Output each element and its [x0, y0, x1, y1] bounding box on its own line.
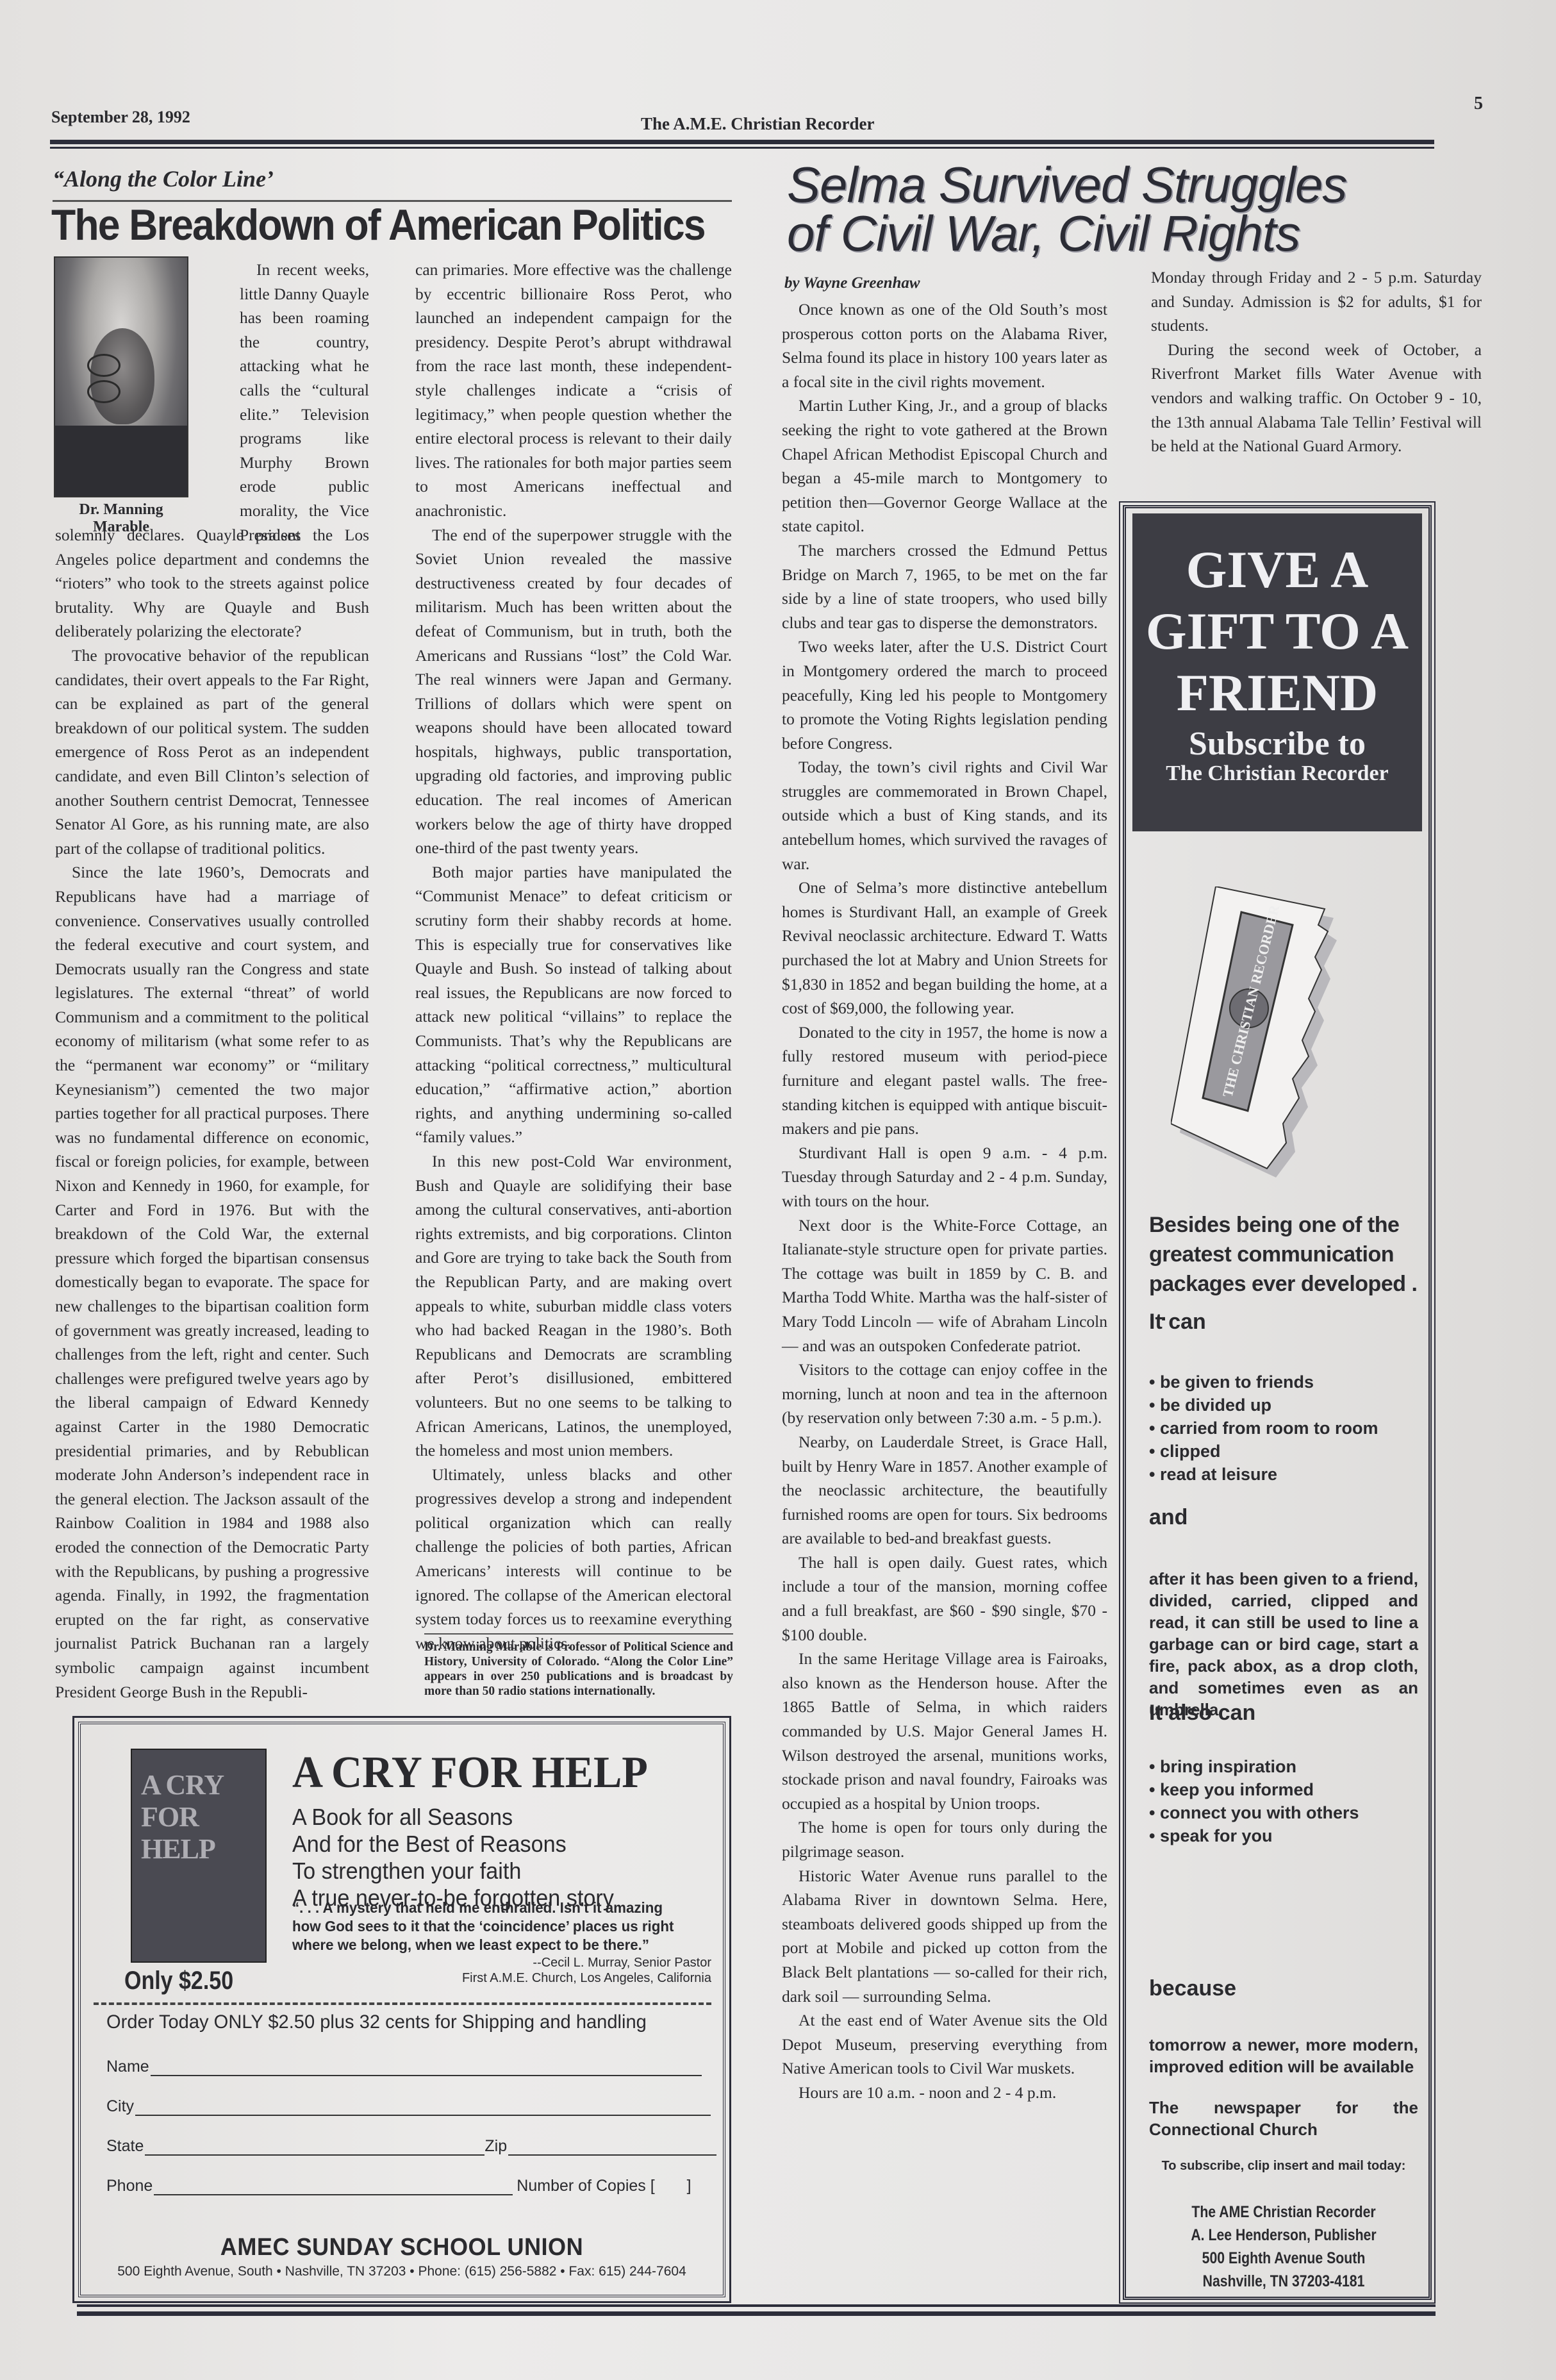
ad-quote: “. . . A mystery that held me enthralled…	[292, 1899, 694, 1954]
copies-bracket: ]	[687, 2177, 691, 2195]
quote-attribution: --Cecil L. Murray, Senior Pastor First A…	[462, 1955, 711, 1986]
phone-field[interactable]: Phone Number of Copies [ ]	[106, 2177, 691, 2195]
byline: by Wayne Greenhaw	[784, 274, 920, 292]
coupon-cut-line	[94, 2002, 711, 2005]
also-can-list: • bring inspiration • keep you informed …	[1149, 1755, 1418, 1847]
publication-name: The A.M.E. Christian Recorder	[641, 114, 874, 134]
header-rule	[50, 140, 1434, 149]
phone-label: Phone	[106, 2177, 153, 2195]
paragraph: The end of the superpower struggle with …	[415, 523, 732, 860]
and-text: after it has been given to a friend, div…	[1149, 1568, 1418, 1720]
mail-instruction: To subscribe, clip insert and mail today…	[1149, 2159, 1418, 2174]
newspaper-page: September 28, 1992 The A.M.E. Christian …	[0, 0, 1556, 2380]
paragraph: Visitors to the cottage can enjoy coffee…	[782, 1358, 1107, 1430]
subscribe-banner: GIVE A GIFT TO A FRIEND Subscribe to The…	[1132, 513, 1422, 831]
ad-tagline: And for the Best of Reasons	[292, 1831, 567, 1858]
paragraph: The provocative behavior of the republic…	[55, 644, 369, 860]
city-label: City	[106, 2097, 134, 2116]
state-label: State	[106, 2137, 144, 2156]
paragraph: can primaries. More effective was the ch…	[415, 258, 732, 523]
gift-headline: GIVE A GIFT TO A FRIEND	[1132, 513, 1422, 724]
paragraph: During the second week of October, a Riv…	[1151, 338, 1482, 458]
state-input-line[interactable]	[145, 2142, 484, 2156]
paragraph: Since the late 1960’s, Democrats and Rep…	[55, 860, 369, 1704]
page-number: 5	[1474, 94, 1483, 114]
paper-name: The Christian Recorder	[1132, 761, 1422, 786]
paragraph: The hall is open daily. Guest rates, whi…	[782, 1551, 1107, 1647]
paragraph: One of Selma’s more distinctive antebell…	[782, 876, 1107, 1020]
paragraph: Martin Luther King, Jr., and a group of …	[782, 394, 1107, 538]
list-item: • speak for you	[1149, 1824, 1418, 1847]
also-can-heading: It also can	[1149, 1701, 1418, 1726]
footer-rule	[77, 2304, 1436, 2316]
article-column-1: solemnly declares. Quayle praises the Lo…	[55, 523, 369, 1704]
list-item: • read at leisure	[1149, 1463, 1418, 1486]
paragraph: Today, the town’s civil rights and Civil…	[782, 755, 1107, 876]
selma-column-1: Once known as one of the Old South’s mos…	[782, 297, 1107, 2105]
subscribe-ad: GIVE A GIFT TO A FRIEND Subscribe to The…	[1123, 505, 1432, 2300]
paragraph: Monday through Friday and 2 - 5 p.m. Sat…	[1151, 265, 1482, 338]
publisher-address: 500 Eighth Avenue, South • Nashville, TN…	[81, 2264, 723, 2279]
paragraph: solemnly declares. Quayle praises the Lo…	[55, 523, 369, 644]
article-headline: The Breakdown of American Politics	[51, 200, 688, 250]
name-label: Name	[106, 2058, 149, 2076]
list-item: • be given to friends	[1149, 1370, 1418, 1394]
issue-date: September 28, 1992	[51, 108, 190, 127]
list-item: • clipped	[1149, 1440, 1418, 1463]
paragraph: The marchers crossed the Edmund Pettus B…	[782, 538, 1107, 635]
paragraph: Sturdivant Hall is open 9 a.m. - 4 p.m. …	[782, 1141, 1107, 1213]
and-heading: and	[1149, 1505, 1418, 1530]
list-item: • keep you informed	[1149, 1778, 1418, 1801]
selma-column-2: Monday through Friday and 2 - 5 p.m. Sat…	[1151, 265, 1482, 458]
photo-suit	[55, 426, 187, 496]
article-column-1-top: In recent weeks, little Danny Quayle has…	[240, 258, 369, 547]
list-item: • bring inspiration	[1149, 1755, 1418, 1778]
because-text: tomorrow a newer, more modern, improved …	[1149, 2034, 1418, 2077]
publisher-organization: AMEC SUNDAY SCHOOL UNION	[97, 2234, 707, 2261]
it-can-list: • be given to friends • be divided up • …	[1149, 1370, 1418, 1486]
zip-label: Zip	[484, 2137, 507, 2156]
paragraph: Hours are 10 a.m. - noon and 2 - 4 p.m.	[782, 2081, 1107, 2105]
name-field[interactable]: Name	[106, 2058, 702, 2076]
paragraph: In recent weeks, little Danny Quayle has…	[240, 258, 369, 547]
glasses-icon	[87, 354, 158, 374]
book-price: Only $2.50	[124, 1967, 233, 1995]
phone-input-line[interactable]	[154, 2181, 513, 2195]
city-input-line[interactable]	[135, 2102, 711, 2116]
column-kicker: “Along the Color Line’	[53, 165, 274, 192]
ad-tagline: To strengthen your faith	[292, 1858, 521, 1885]
author-photo	[54, 256, 188, 497]
copies-label: Number of Copies [	[517, 2177, 654, 2195]
article-column-2: can primaries. More effective was the ch…	[415, 258, 732, 1655]
paragraph: Donated to the city in 1957, the home is…	[782, 1020, 1107, 1141]
paragraph: In this new post-Cold War environment, B…	[415, 1149, 732, 1463]
it-can-heading: It can	[1149, 1310, 1418, 1335]
paragraph: Nearby, on Lauderdale Street, is Grace H…	[782, 1430, 1107, 1551]
cry-for-help-ad: A CRY FOR HELP A CRY FOR HELP A Book for…	[78, 1722, 725, 2297]
list-item: • carried from room to room	[1149, 1417, 1418, 1440]
list-item: • connect you with others	[1149, 1801, 1418, 1824]
attribution-church: First A.M.E. Church, Los Angeles, Califo…	[462, 1970, 711, 1986]
torn-masthead-icon: THE CHRISTIAN RECORDER	[1171, 886, 1376, 1181]
book-cover: A CRY FOR HELP	[131, 1749, 267, 1963]
city-field[interactable]: City	[106, 2097, 711, 2116]
subscribe-line: Subscribe to	[1132, 728, 1422, 761]
tagline: The newspaper for the Connectional Churc…	[1149, 2097, 1418, 2140]
zip-input-line[interactable]	[508, 2142, 716, 2156]
paragraph: Next door is the White-Force Cottage, an…	[782, 1213, 1107, 1358]
list-item: • be divided up	[1149, 1394, 1418, 1417]
paragraph: Two weeks later, after the U.S. District…	[782, 635, 1107, 755]
attribution-name: --Cecil L. Murray, Senior Pastor	[462, 1955, 711, 1970]
paragraph: Historic Water Avenue runs parallel to t…	[782, 1864, 1107, 2009]
publisher-address-block: The AME Christian Recorder A. Lee Hender…	[1170, 2201, 1398, 2293]
selma-headline: Selma Survived Struggles of Civil War, C…	[787, 160, 1492, 258]
paragraph: In the same Heritage Village area is Fai…	[782, 1647, 1107, 1815]
paragraph: At the east end of Water Avenue sits the…	[782, 2008, 1107, 2081]
name-input-line[interactable]	[151, 2062, 702, 2076]
paragraph: Both major parties have manipulated the …	[415, 860, 732, 1149]
ad-tagline: A Book for all Seasons	[292, 1804, 513, 1831]
paragraph: Ultimately, unless blacks and other prog…	[415, 1463, 732, 1656]
headline-line-2: of Civil War, Civil Rights	[787, 209, 1492, 258]
state-field[interactable]: State Zip	[106, 2137, 716, 2156]
author-bio: Dr. Manning Marable is Professor of Poli…	[424, 1633, 733, 1699]
order-instructions: Order Today ONLY $2.50 plus 32 cents for…	[106, 2011, 647, 2033]
because-heading: because	[1149, 1976, 1418, 2001]
book-cover-title: A CRY FOR HELP	[141, 1769, 231, 1865]
paragraph: The home is open for tours only during t…	[782, 1815, 1107, 1863]
ad-title: A CRY FOR HELP	[292, 1747, 648, 1799]
paragraph: Once known as one of the Old South’s mos…	[782, 297, 1107, 394]
headline-line-1: Selma Survived Struggles	[787, 160, 1492, 209]
